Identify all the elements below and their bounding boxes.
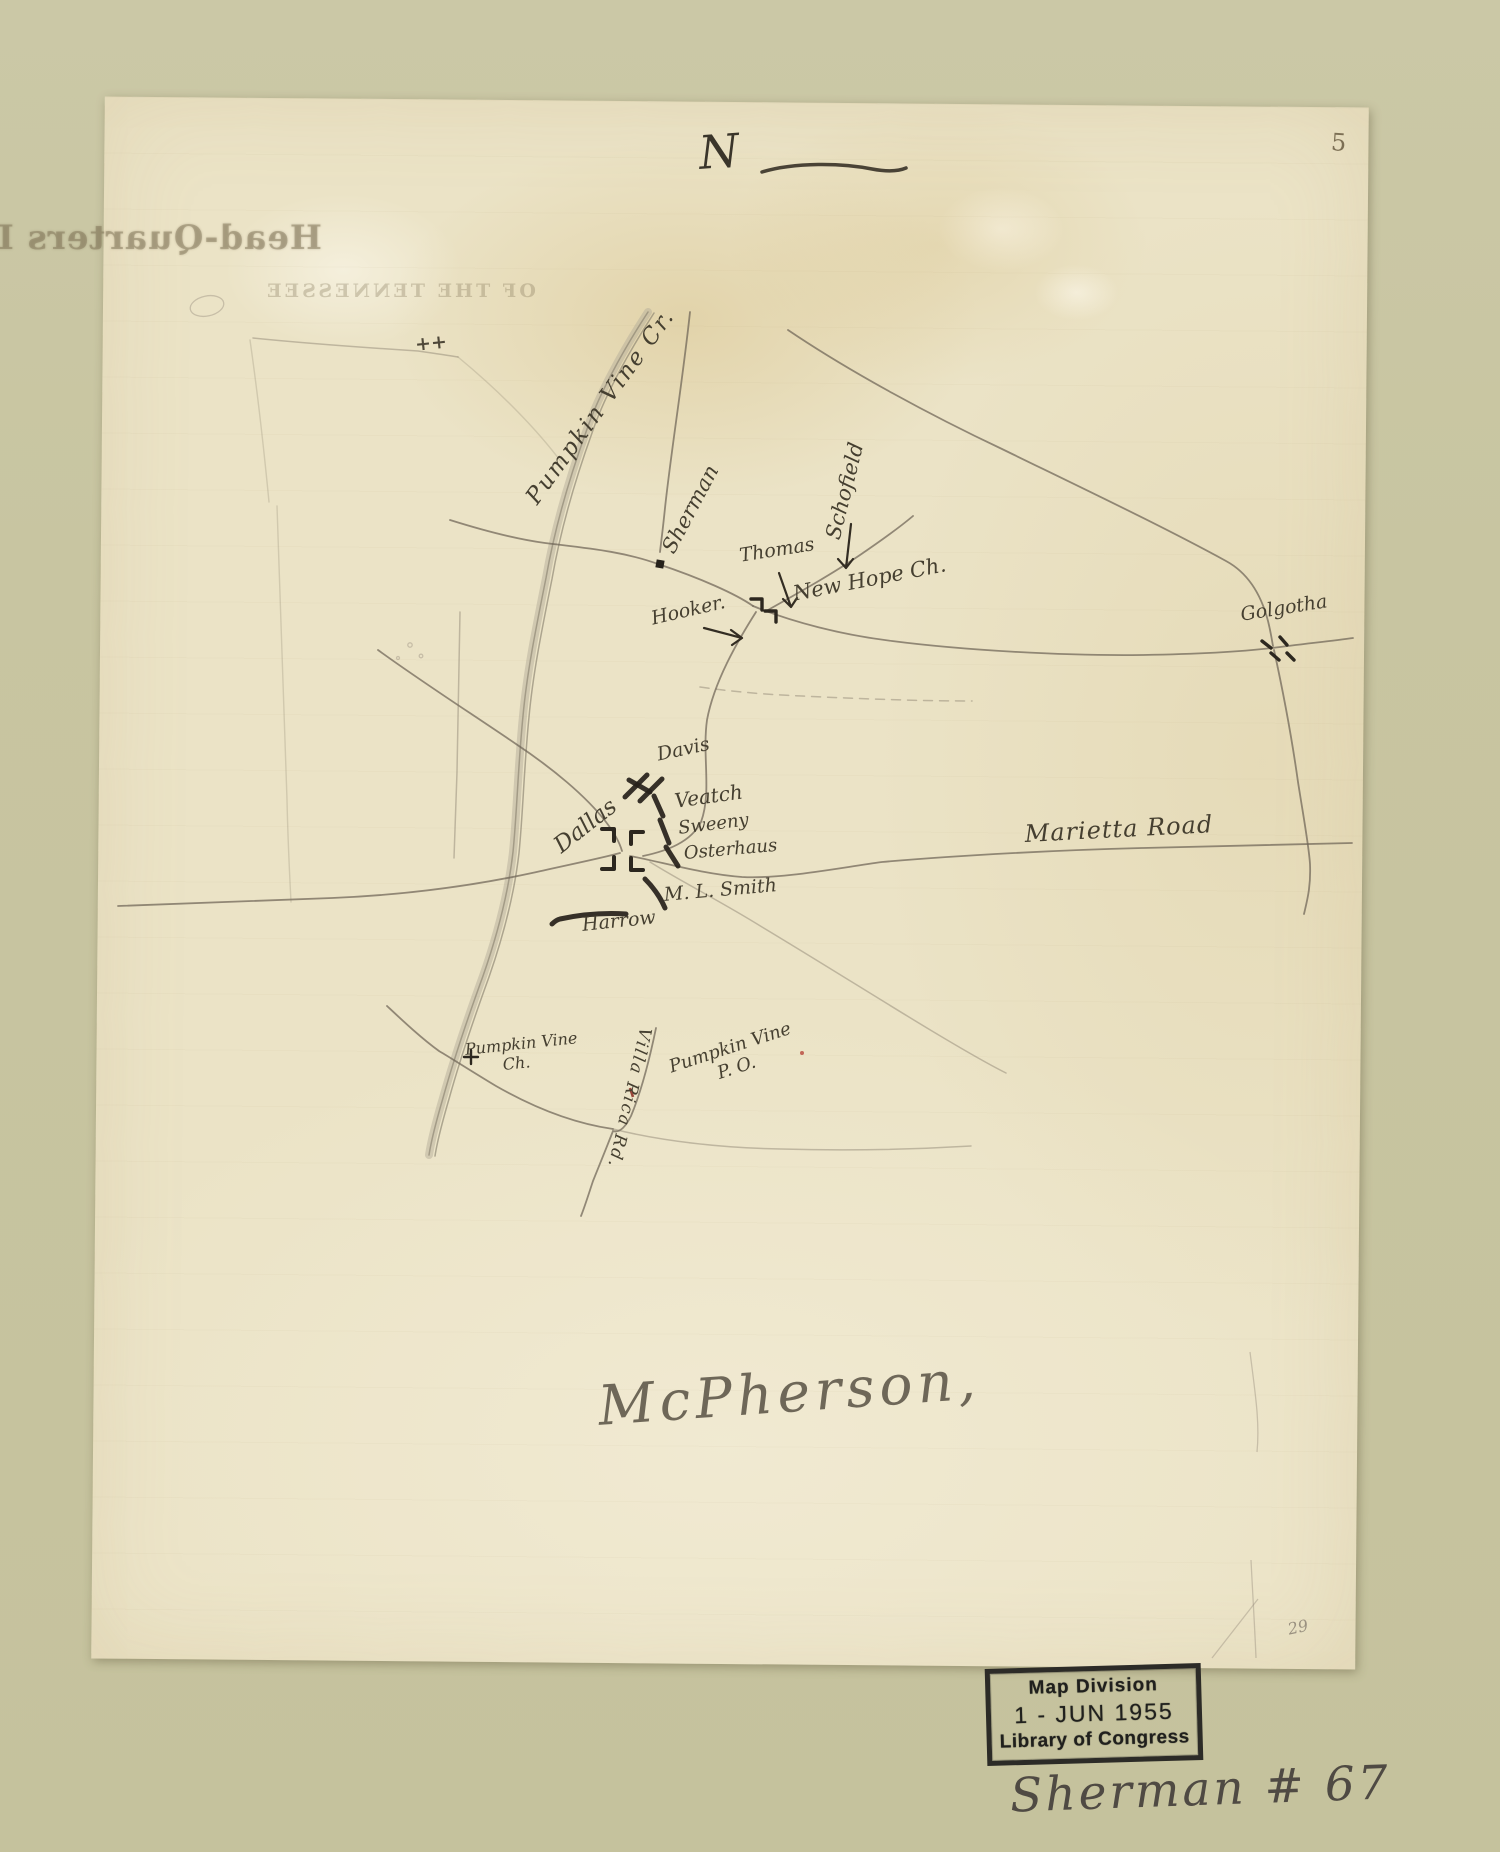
label-schofield: Schofield	[821, 440, 868, 542]
north-label: N	[697, 123, 741, 180]
label-ml-smith: M. L. Smith	[663, 874, 778, 906]
stamp-division-line: Map Division	[994, 1673, 1193, 1701]
library-of-congress-stamp: Map Division 1 - JUN 1955 Library of Con…	[985, 1663, 1204, 1766]
label-thomas: Thomas	[738, 533, 816, 567]
sheet-number: 5	[1330, 128, 1347, 157]
label-villa-rica-road: Villa Rica Rd.	[603, 1026, 655, 1171]
map-labels-layer: N Head-Quarters Department and Army OF T…	[0, 0, 1500, 1852]
label-harrow: Harrow	[581, 906, 657, 936]
page-number: 29	[1286, 1616, 1310, 1639]
label-davis: Davis	[655, 733, 712, 766]
scanned-civil-war-map: N Head-Quarters Department and Army OF T…	[0, 0, 1500, 1852]
label-hooker: Hooker.	[649, 591, 727, 629]
tally-mark: ++	[414, 331, 448, 356]
label-pumpkin-vine-church: Pumpkin Vine Ch.	[464, 1028, 580, 1078]
mcpherson-signature: McPherson,	[596, 1347, 982, 1438]
label-sherman: Sherman	[657, 461, 723, 557]
label-veatch: Veatch	[673, 779, 744, 812]
label-marietta-road: Marietta Road	[1024, 810, 1214, 848]
label-new-hope-church: New Hope Ch.	[791, 552, 948, 605]
stamp-institution-line: Library of Congress	[995, 1726, 1194, 1754]
letterhead-bleedthrough-line1: Head-Quarters Department and Army	[0, 218, 322, 258]
label-dallas: Dallas	[549, 793, 622, 858]
label-pumpkin-vine-po: Pumpkin Vine P. O.	[646, 1011, 821, 1103]
label-sweeny: Sweeny	[677, 809, 750, 838]
stamp-date-line: 1 - JUN 1955	[995, 1697, 1194, 1730]
label-pumpkin-vine-creek: Pumpkin Vine Cr.	[521, 304, 680, 509]
label-golgotha: Golgotha	[1239, 590, 1329, 625]
letterhead-bleedthrough-line2: OF THE TENNESSEE	[260, 280, 540, 302]
label-osterhaus: Osterhaus	[683, 835, 778, 864]
